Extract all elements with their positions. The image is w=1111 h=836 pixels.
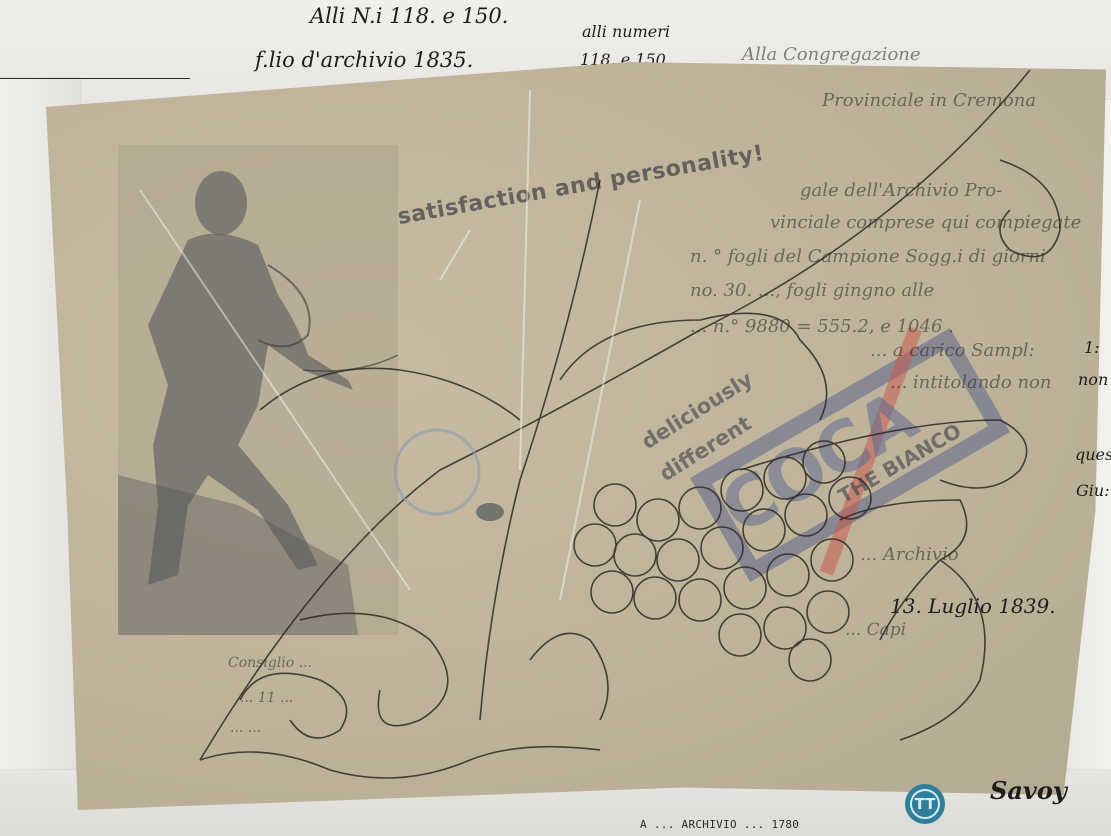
collage-artwork: Alli N.i 118. e 150. f.lio d'archivio 18… (0, 0, 1111, 836)
handwriting-margin-3: questo (1075, 445, 1111, 464)
footer-archive-note: A ... ARCHIVIO ... 1780 (640, 818, 799, 831)
handwriting-middle-3: n. ° fogli del Campione Sogg.i di giorni (690, 246, 1046, 267)
figure-with-rope-image (118, 145, 398, 635)
sheet-edge-line (0, 78, 190, 79)
handwriting-top-right-2: Provinciale in Cremona (822, 90, 1036, 111)
handwriting-bottom-left-2: ... 11 ... (240, 690, 293, 706)
handwriting-margin-1: 1: (1084, 338, 1100, 357)
handwriting-middle-5: ... n.° 9880 = 555.2, e 1046 . (690, 316, 954, 337)
handwriting-lower-1: ... Archivio (860, 544, 959, 565)
handwriting-lower-3: ... Capi (845, 620, 906, 640)
handwriting-margin-2: non (1078, 370, 1108, 389)
stamp-emblem-icon: TT (910, 789, 940, 819)
printed-figure-panel (118, 145, 398, 635)
handwriting-top-left-2: f.lio d'archivio 1835. (255, 48, 473, 72)
handwriting-middle-2: vinciale comprese qui compiegate (770, 212, 1081, 233)
handwriting-top-right-1: Alla Congregazione (742, 44, 921, 65)
handwriting-bottom-left-1: Consiglio ... (228, 655, 312, 671)
handwriting-bottom-left-3: ... ... (230, 720, 261, 736)
archive-stamp: TT (905, 784, 945, 824)
handwriting-middle-7: ... intitolando non (890, 372, 1051, 393)
handwriting-top-left-1: Alli N.i 118. e 150. (310, 4, 508, 28)
handwriting-margin-4: Giu: (1076, 481, 1110, 500)
handwriting-middle-1: gale dell'Archivio Pro- (800, 180, 1002, 201)
handwriting-top-middle-1: alli numeri (582, 22, 670, 41)
signature: Savoy (990, 776, 1067, 805)
handwriting-middle-4: no. 30. ..., fogli gingno alle (690, 280, 934, 301)
handwriting-middle-6: ... a carico Sampl: (870, 340, 1035, 361)
handwriting-date: 13. Luglio 1839. (890, 594, 1056, 618)
